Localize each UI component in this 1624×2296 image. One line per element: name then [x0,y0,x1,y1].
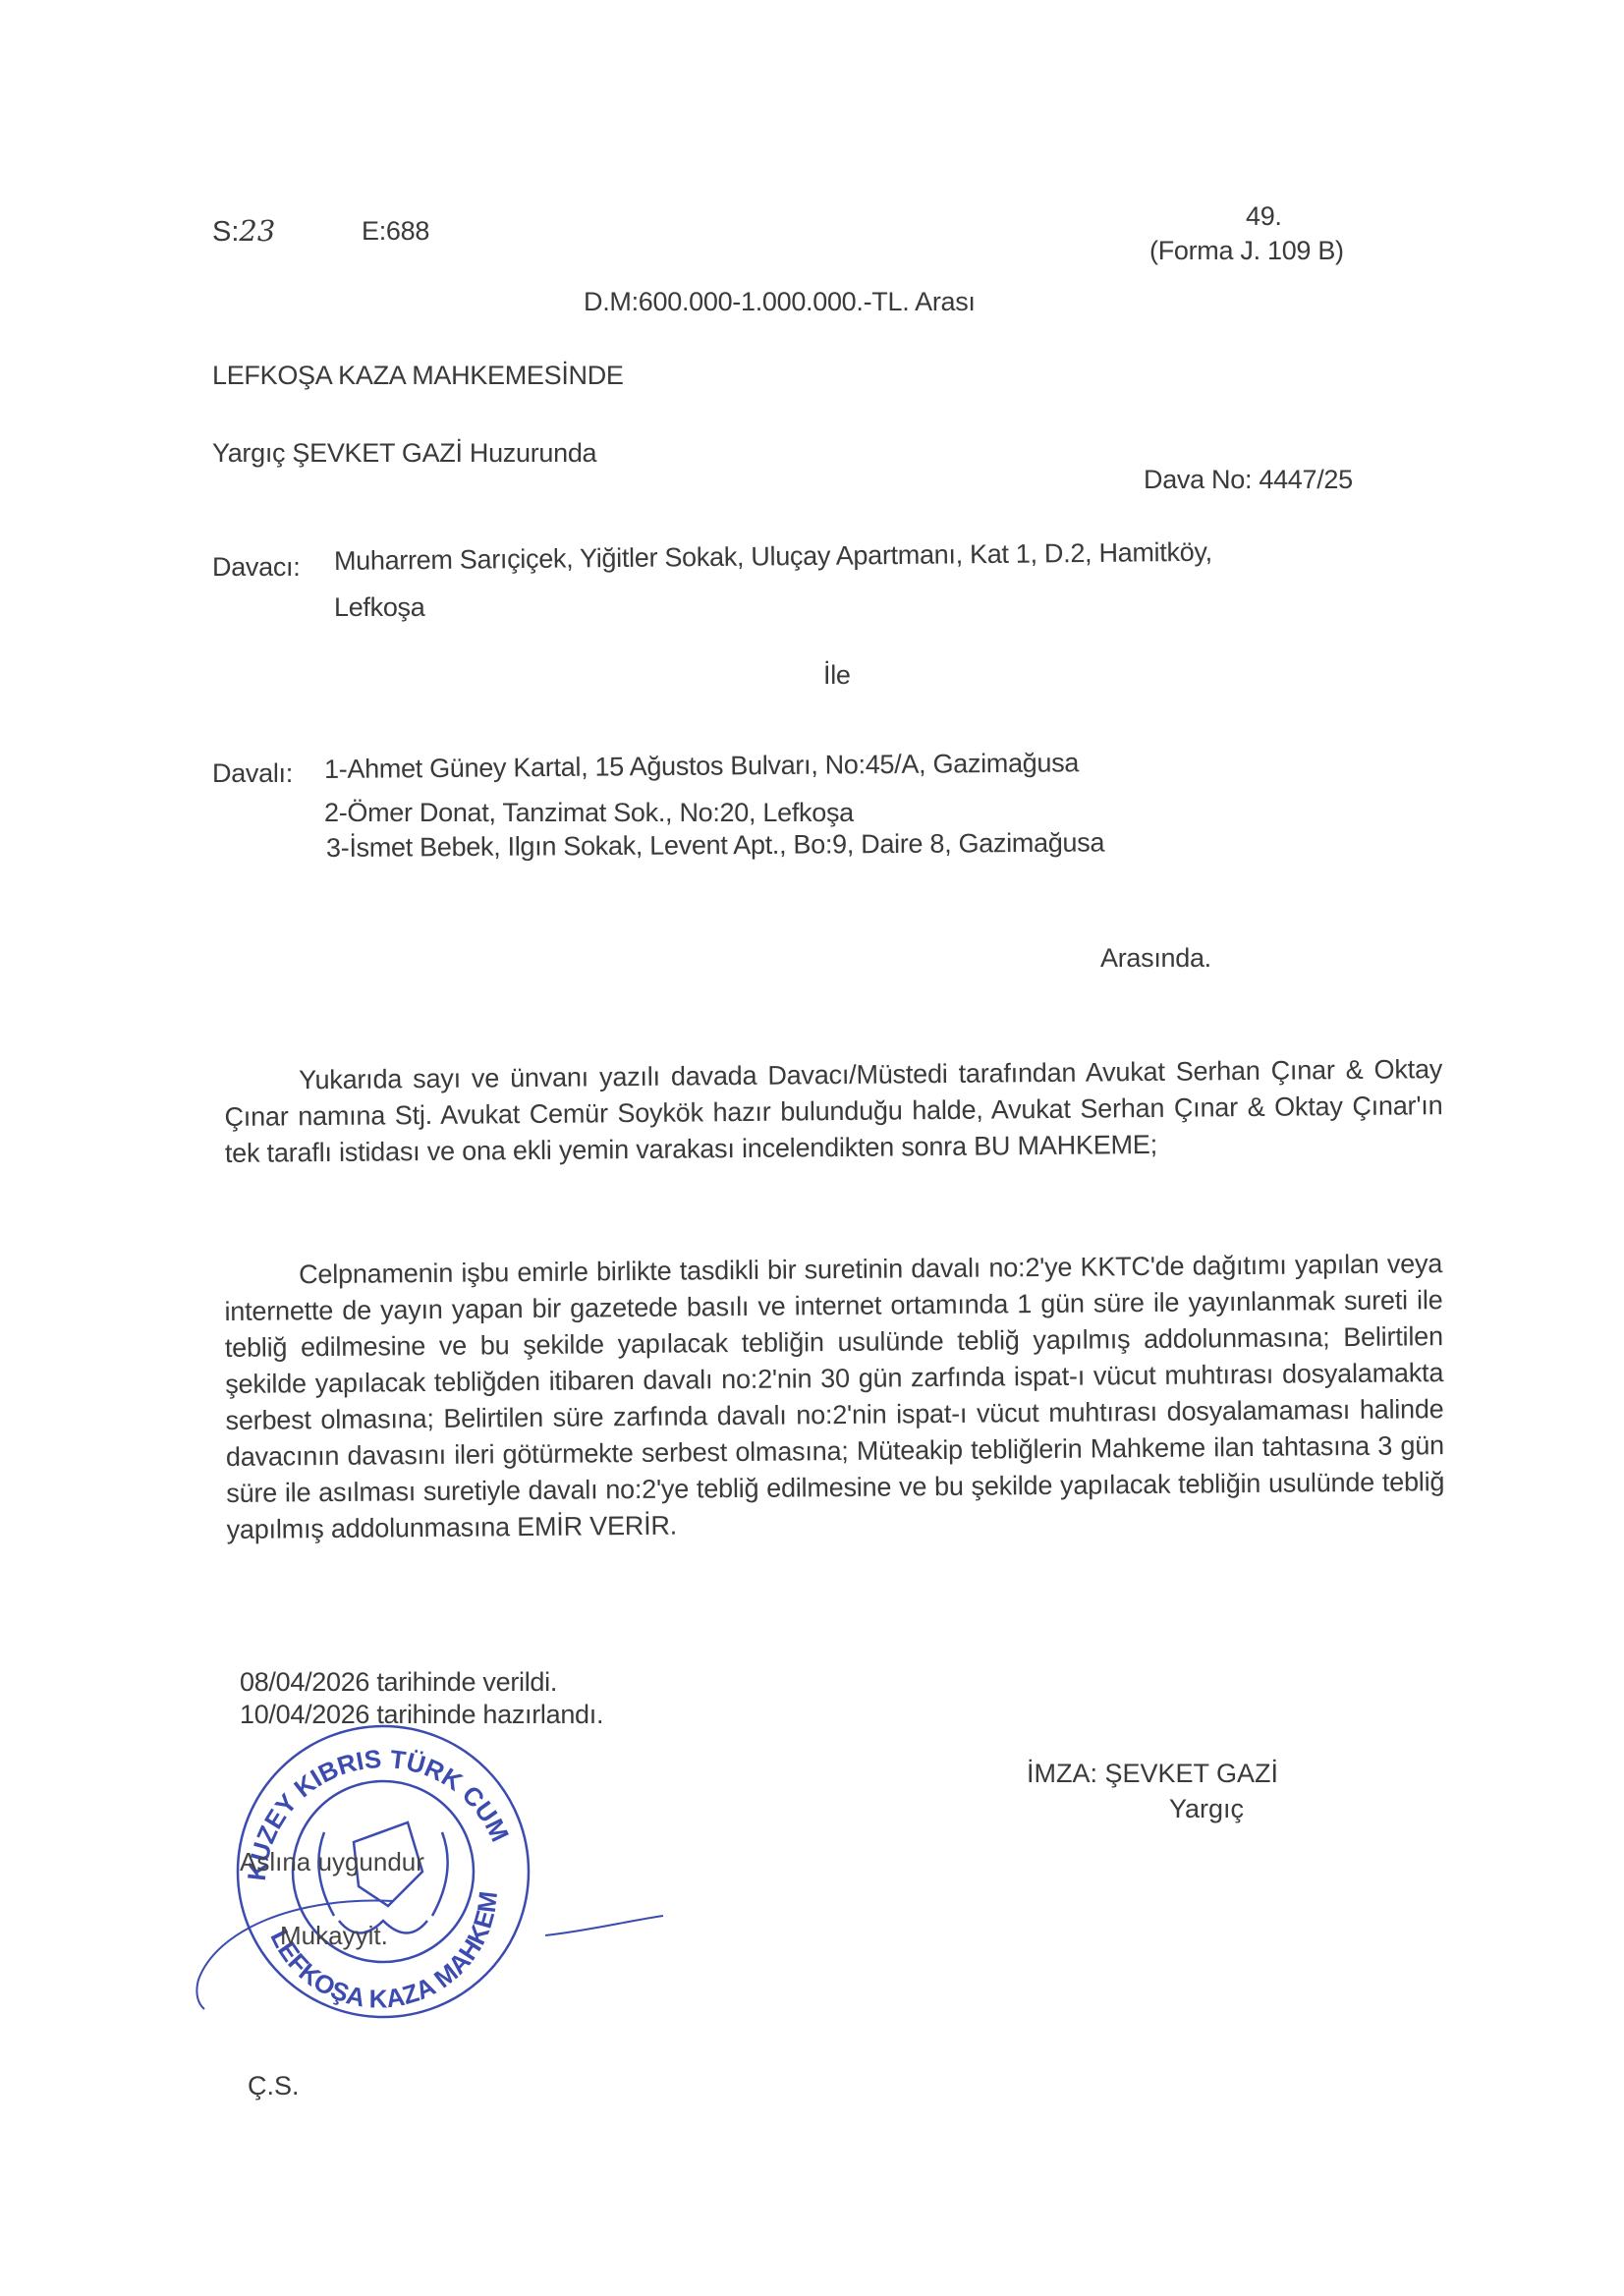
serial-value-handwritten: 23 [239,214,275,248]
signature-name: İMZA: ŞEVKET GAZİ [1027,1759,1278,1789]
defendant-label: Davalı: [212,758,293,789]
plaintiff-line: Muharrem Sarıçiçek, Yiğitler Sokak, Uluç… [334,537,1212,577]
certified-text: Aslına uygundur [240,1847,424,1877]
date-given: 08/04/2026 tarihinde verildi. [240,1667,557,1698]
judge-line: Yargıç ŞEVKET GAZİ Huzurunda [212,438,596,469]
defendant-line: 3-İsmet Bebek, Ilgın Sokak, Levent Apt.,… [326,827,1104,864]
serial-label: S: [212,216,239,248]
page-number: 49. [1246,201,1282,232]
defendant-line: 1-Ahmet Güney Kartal, 15 Ağustos Bulvarı… [324,748,1079,785]
plaintiff-line: Lefkoşa [334,592,424,623]
file-number: E:688 [362,216,429,247]
court-name: LEFKOŞA KAZA MAHKEMESİNDE [212,361,624,391]
initials: Ç.S. [248,2071,300,2101]
paragraph-text: Yukarıda sayı ve ünvanı yazılı davada Da… [224,1054,1442,1168]
signature-stroke [545,1916,663,1935]
between-text: Arasında. [1100,943,1211,974]
clerk-text: Mukayyit. [280,1921,388,1951]
serial-number: S:23 [212,214,275,249]
case-number: Dava No: 4447/25 [1144,465,1353,495]
body-paragraph-2: Celpnamenin işbu emirle birlikte tasdikl… [224,1246,1445,1548]
paragraph-text: Celpnamenin işbu emirle birlikte tasdikl… [224,1249,1444,1544]
plaintiff-label: Davacı: [212,552,300,583]
defendant-line: 2-Ömer Donat, Tanzimat Sok., No:20, Lefk… [324,798,854,828]
signature-title: Yargıç [1169,1794,1244,1824]
body-paragraph-1: Yukarıda sayı ve ünvanı yazılı davada Da… [224,1051,1443,1172]
form-code: (Forma J. 109 B) [1149,236,1344,266]
value-range: D.M:600.000-1.000.000.-TL. Arası [584,287,976,317]
conjunction: İle [823,660,851,691]
